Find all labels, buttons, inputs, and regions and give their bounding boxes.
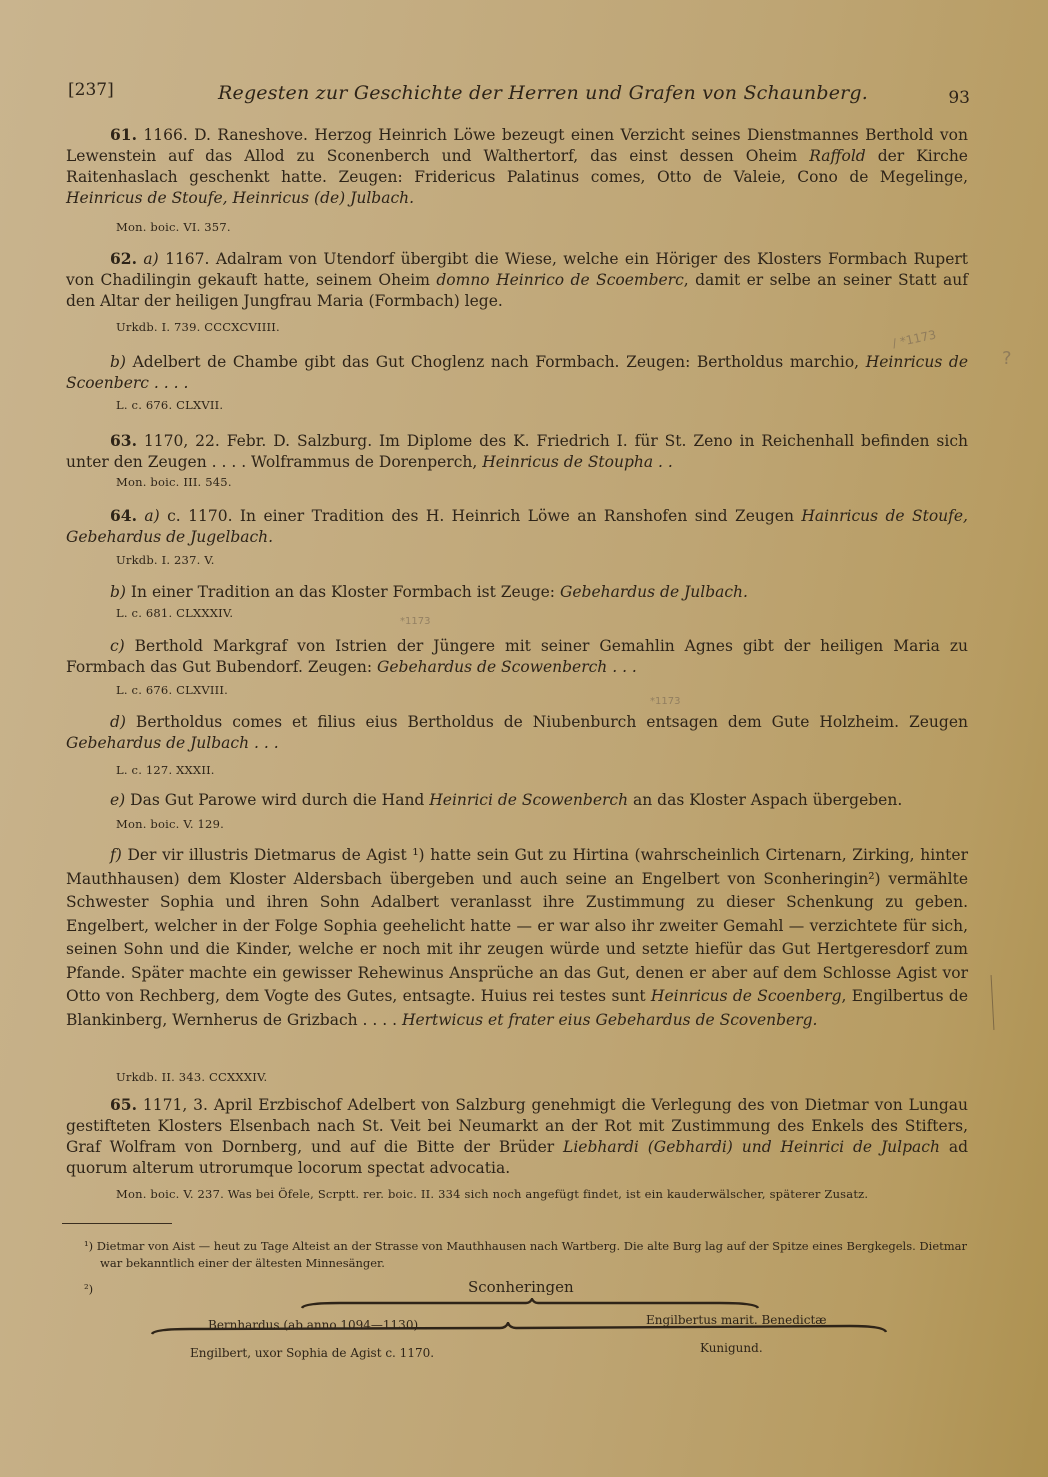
tree-grandchild-left: Engilbert, uxor Sophia de Agist c. 1170. xyxy=(190,1346,434,1360)
footnote-1: ¹) Dietmar von Aist — heut zu Tage Altei… xyxy=(84,1238,992,1272)
entry-number: 61. xyxy=(110,125,137,144)
running-header: [237] Regesten zur Geschichte der Herren… xyxy=(68,80,968,114)
entry-source: Urkdb. II. 343. CCXXXIV. xyxy=(116,1070,267,1084)
handwritten-margin-line xyxy=(991,975,995,1030)
handwritten-note: *1173 xyxy=(650,696,680,707)
handwritten-note: *1173 xyxy=(400,616,430,627)
entry-64d: d) Bertholdus comes et filius eius Berth… xyxy=(66,712,968,754)
brace-lower xyxy=(150,1322,890,1338)
entry-source: Mon. boic. III. 545. xyxy=(116,475,232,489)
entry-64c: c) Berthold Markgraf von Istrien der Jün… xyxy=(66,636,968,678)
entry-source: L. c. 676. CLXVIII. xyxy=(116,683,228,697)
entry-source: Urkdb. I. 739. CCCXCVIIII. xyxy=(116,320,280,334)
entry-64b: b) In einer Tradition an das Kloster For… xyxy=(66,582,968,603)
entry-source: L. c. 676. CLXVII. xyxy=(116,398,223,412)
entry-64a: 64. a) c. 1170. In einer Tradition des H… xyxy=(66,505,968,548)
footnote-divider xyxy=(62,1223,172,1224)
handwritten-note: / *1173 xyxy=(891,328,937,351)
tree-root: Sconheringen xyxy=(468,1278,574,1296)
entry-source: L. c. 681. CLXXXIV. xyxy=(116,606,233,620)
entry-62b: b) Adelbert de Chambe gibt das Gut Chogl… xyxy=(66,352,968,394)
entry-65: 65. 1171, 3. April Erzbischof Adelbert v… xyxy=(66,1094,968,1179)
entry-source: Mon. boic. VI. 357. xyxy=(116,220,231,234)
original-page-number: [237] xyxy=(68,80,114,100)
entry-62a: 62. a) 1167. Adalram von Utendorf übergi… xyxy=(66,248,968,312)
entry-source: L. c. 127. XXXII. xyxy=(116,763,215,777)
entry-64e: e) Das Gut Parowe wird durch die Hand He… xyxy=(66,790,968,811)
footnote-2-marker: ²) xyxy=(84,1282,93,1296)
document-page: [237] Regesten zur Geschichte der Herren… xyxy=(0,0,1048,1477)
tree-grandchild-right: Kunigund. xyxy=(700,1341,763,1355)
entry-source: Mon. boic. V. 237. Was bei Öfele, Scrptt… xyxy=(116,1187,996,1201)
handwritten-question-mark: ? xyxy=(1002,348,1012,369)
page-number: 93 xyxy=(948,88,970,108)
running-title: Regesten zur Geschichte der Herren und G… xyxy=(218,82,868,104)
entry-source: Mon. boic. V. 129. xyxy=(116,817,224,831)
entry-63: 63. 1170, 22. Febr. D. Salzburg. Im Dipl… xyxy=(66,430,968,473)
entry-64f: f) Der vir illustris Dietmarus de Agist … xyxy=(66,844,968,1032)
brace-upper xyxy=(300,1298,760,1312)
entry-61: 61. 1166. D. Raneshove. Herzog Heinrich … xyxy=(66,124,968,209)
entry-source: Urkdb. I. 237. V. xyxy=(116,553,215,567)
